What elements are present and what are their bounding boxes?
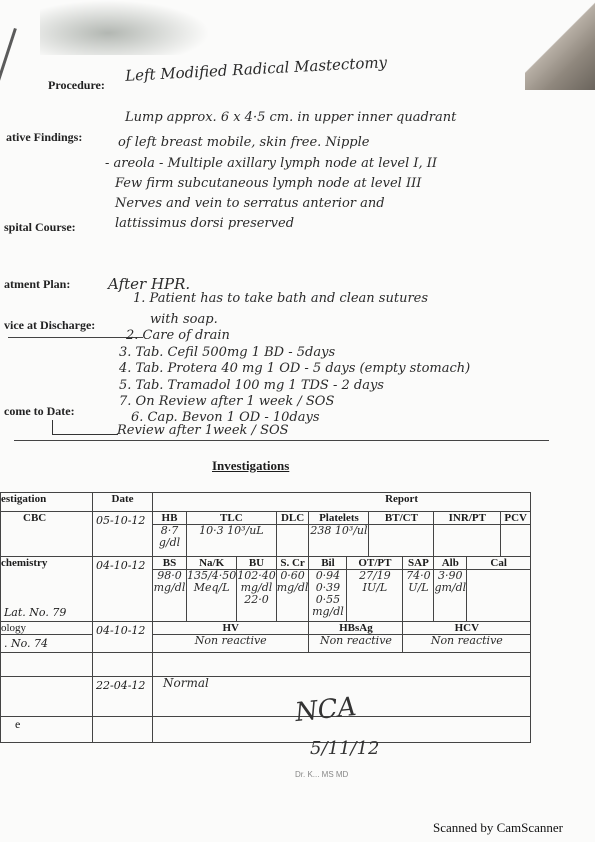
hospital-course-label: spital Course:: [4, 220, 76, 235]
scanner-watermark: Scanned by CamScanner: [433, 820, 563, 836]
cbc-value-pcv: [501, 525, 531, 557]
bio-value-bs: 98·0 mg/dl: [153, 570, 187, 622]
sero-col-hcv: HCV: [403, 622, 531, 635]
serology-values-row: . No. 74 Non reactive Non reactive Non r…: [1, 635, 531, 653]
cbc-col-inrpt: INR/PT: [434, 512, 501, 525]
table-row-cbc: CBC 05-10-12 HB TLC DLC Platelets BT/CT …: [1, 512, 531, 525]
cbc-date: 05-10-12: [93, 512, 153, 557]
biochemistry-date: 04-10-12: [93, 557, 153, 622]
bio-value-bil: 0·94 0·39 0·55 mg/dl: [309, 570, 347, 622]
sero-col-hbsag: HBsAg: [309, 622, 403, 635]
table-row-6: e: [1, 717, 531, 743]
bio-col-alb: Alb: [434, 557, 467, 570]
biochemistry-sub-label: Lat. No. 79: [1, 570, 93, 622]
table-row-biochemistry: chemistry 04-10-12 BS Na/K BU S. Cr Bil …: [1, 557, 531, 570]
advice-item-4: 4. Tab. Protera 40 mg 1 OD - 5 days (emp…: [119, 361, 470, 376]
advice-item-1: 1. Patient has to take bath and clean su…: [133, 291, 428, 306]
header-report: Report: [153, 493, 531, 512]
row4-label: [1, 653, 93, 677]
sero-value-hv: Non reactive: [153, 635, 309, 653]
bio-col-nak: Na/K: [187, 557, 237, 570]
table-header-row: estigation Date Report: [1, 493, 531, 512]
bio-col-bil: Bil: [309, 557, 347, 570]
serology-sub-label: . No. 74: [1, 635, 93, 653]
findings-line-4: Few firm subcutaneous lymph node at leve…: [115, 176, 421, 191]
findings-line-3: - areola - Multiple axillary lymph node …: [105, 156, 437, 171]
bio-col-cal: Cal: [467, 557, 531, 570]
section-divider: [14, 440, 549, 441]
sero-value-hbsag: Non reactive: [309, 635, 403, 653]
serology-date: 04-10-12: [93, 622, 153, 653]
serology-label: ology: [1, 622, 93, 635]
findings-line-6: lattissimus dorsi preserved: [115, 216, 294, 231]
outcome-value: Review after 1week / SOS: [117, 423, 289, 438]
bio-value-sap: 74·0 U/L: [403, 570, 434, 622]
signature-initials: NCA: [294, 692, 358, 728]
row5-date: 22-04-12: [93, 677, 153, 717]
row5-label: [1, 677, 93, 717]
cbc-value-inrpt: [434, 525, 501, 557]
cbc-col-dlc: DLC: [276, 512, 309, 525]
bio-value-bu: 102·40 mg/dl 22·0: [237, 570, 277, 622]
table-row-serology: ology 04-10-12 HV HBsAg HCV: [1, 622, 531, 635]
row6-label: e: [1, 717, 93, 743]
advice-item-7: 7. On Review after 1 week / SOS: [119, 394, 334, 409]
bio-value-cal: [467, 570, 531, 622]
bio-value-nak: 135/4·50 Meq/L: [187, 570, 237, 622]
advice-item-2: 2. Care of drain: [126, 328, 230, 343]
investigations-table: estigation Date Report CBC 05-10-12 HB T…: [0, 492, 531, 743]
bio-value-alb: 3·90 gm/dl: [434, 570, 467, 622]
biochemistry-values-row: Lat. No. 79 98·0 mg/dl 135/4·50 Meq/L 10…: [1, 570, 531, 622]
arrow-horizontal: [52, 434, 118, 435]
bio-col-bs: BS: [153, 557, 187, 570]
arrow-vertical: [52, 420, 53, 435]
advice-item-5: 5. Tab. Tramadol 100 mg 1 TDS - 2 days: [119, 378, 384, 393]
findings-line-1: Lump approx. 6 x 4·5 cm. in upper inner …: [125, 110, 456, 125]
bio-col-bu: BU: [237, 557, 277, 570]
investigations-title: Investigations: [212, 458, 289, 474]
row6-date: [93, 717, 153, 743]
advice-item-3: 3. Tab. Cefil 500mg 1 BD - 5days: [119, 345, 335, 360]
header-investigation: estigation: [1, 493, 93, 512]
cbc-value-hb: 8·7 g/dl: [153, 525, 187, 557]
advice-at-discharge-label: vice at Discharge:: [4, 318, 95, 333]
bio-value-otpt: 27/19 IU/L: [347, 570, 403, 622]
sero-value-hcv: Non reactive: [403, 635, 531, 653]
treatment-plan-label: atment Plan:: [4, 277, 70, 292]
page-left-edge: [0, 28, 17, 181]
bio-col-sap: SAP: [403, 557, 434, 570]
bio-col-scr: S. Cr: [276, 557, 309, 570]
findings-line-5: Nerves and vein to serratus anterior and: [115, 196, 385, 211]
biochemistry-label: chemistry: [1, 557, 93, 570]
advice-item-1-cont: with soap.: [150, 312, 218, 327]
outcome-to-date-label: come to Date:: [4, 404, 75, 419]
row4-date: [93, 653, 153, 677]
table-row-4: [1, 653, 531, 677]
cbc-col-pcv: PCV: [501, 512, 531, 525]
cbc-value-dlc: [276, 525, 309, 557]
cbc-col-btct: BT/CT: [369, 512, 434, 525]
cbc-value-platelets: 238 10³/ul: [309, 525, 369, 557]
signature-date: 5/11/12: [310, 738, 379, 759]
advice-underline: [8, 337, 143, 338]
doctor-stamp: Dr. K... MS MD: [295, 770, 348, 779]
findings-line-2: of left breast mobile, skin free. Nipple: [118, 135, 369, 150]
cbc-col-tlc: TLC: [187, 512, 277, 525]
table-row-5: 22-04-12 Normal: [1, 677, 531, 717]
cbc-value-tlc: 10·3 10³/uL: [187, 525, 277, 557]
operative-findings-label: ative Findings:: [6, 130, 82, 145]
procedure-value: Left Modified Radical Mastectomy: [125, 53, 388, 85]
cbc-col-hb: HB: [153, 512, 187, 525]
bio-col-otpt: OT/PT: [347, 557, 403, 570]
cbc-label: CBC: [1, 512, 93, 557]
header-date: Date: [93, 493, 153, 512]
scan-smudge: [40, 0, 210, 55]
bio-value-scr: 0·60 mg/dl: [276, 570, 309, 622]
row4-value: [153, 653, 531, 677]
cbc-col-platelets: Platelets: [309, 512, 369, 525]
procedure-label: Procedure:: [48, 78, 105, 93]
page-corner-fold: [525, 0, 595, 90]
sero-col-hv: HV: [153, 622, 309, 635]
cbc-value-btct: [369, 525, 434, 557]
